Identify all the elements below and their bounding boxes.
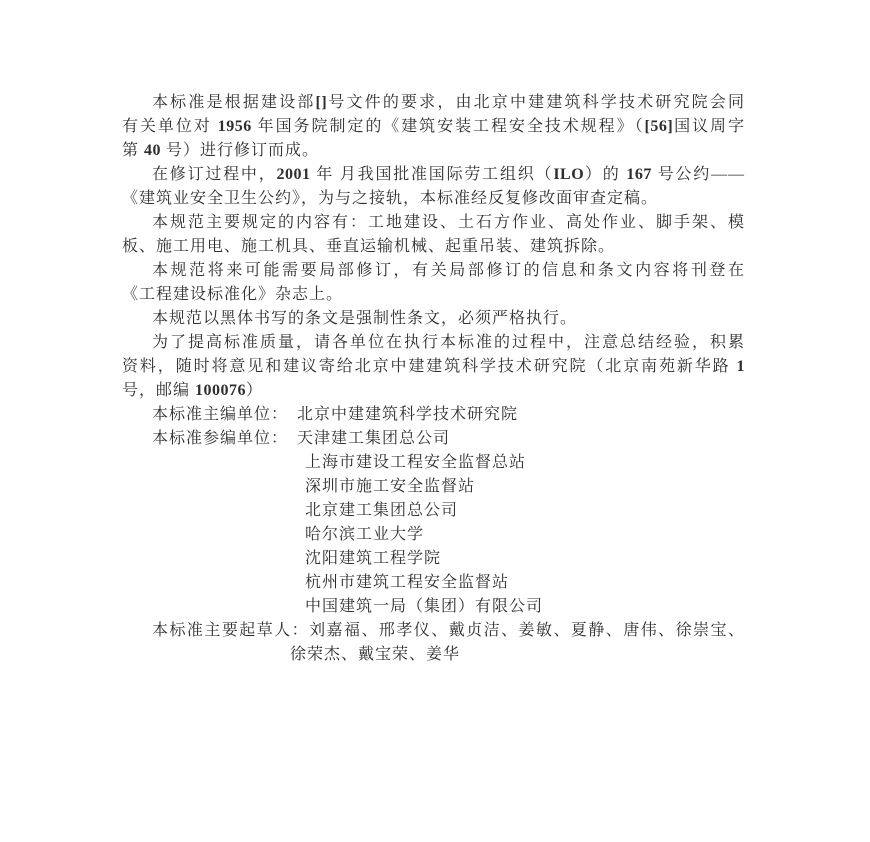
text-line: 上海市建设工程安全监督总站 (305, 451, 745, 475)
text-line: 板、施工用电、施工机具、垂直运输机械、起重吊装、建筑拆除。 (122, 235, 745, 259)
text-line: 第 40 号）进行修订而成。 (122, 139, 745, 163)
paragraph-3: 本规范主要规定的内容有：工地建设、土石方作业、高处作业、脚手架、模板、施工用电、… (122, 211, 745, 259)
latin-text: [56] (645, 118, 674, 135)
text-line: 本规范以黑体书写的条文是强制性条文，必须严格执行。 (122, 307, 745, 331)
text-line: 本标准主编单位： 北京中建建筑科学技术研究院 (122, 403, 745, 427)
text-line: 本标准是根据建设部[]号文件的要求，由北京中建建筑科学技术研究院会同 (122, 91, 745, 115)
latin-text: 1 (737, 358, 746, 375)
text-line: 杭州市建筑工程安全监督站 (305, 571, 745, 595)
text-line: 沈阳建筑工程学院 (305, 547, 745, 571)
paragraph-1: 本标准是根据建设部[]号文件的要求，由北京中建建筑科学技术研究院会同有关单位对 … (122, 91, 745, 163)
paragraph-5: 本规范以黑体书写的条文是强制性条文，必须严格执行。 (122, 307, 745, 331)
text-line: 徐荣杰、戴宝荣、姜华 (290, 643, 745, 667)
text-line: 本标准参编单位： 天津建工集团总公司 (122, 427, 745, 451)
text-line: 有关单位对 1956 年国务院制定的《建筑安装工程安全技术规程》（[56]国议周… (122, 115, 745, 139)
text-line: 本规范主要规定的内容有：工地建设、土石方作业、高处作业、脚手架、模 (122, 211, 745, 235)
paragraph-6: 为了提高标准质量，请各单位在执行本标准的过程中，注意总结经验，积累资料，随时将意… (122, 331, 745, 403)
paragraph-7: 本标准主编单位： 北京中建建筑科学技术研究院 (122, 403, 745, 427)
text-line: 本规范将来可能需要局部修订，有关局部修订的信息和条文内容将刊登在 (122, 259, 745, 283)
text-line: 资料，随时将意见和建议寄给北京中建建筑科学技术研究院（北京南苑新华路 1 (122, 355, 745, 379)
paragraph-9: 本标准主要起草人：刘嘉福、邢孝仪、戴贞洁、姜敏、夏静、唐伟、徐崇宝、徐荣杰、戴宝… (122, 619, 745, 667)
paragraph-8: 本标准参编单位： 天津建工集团总公司上海市建设工程安全监督总站深圳市施工安全监督… (122, 427, 745, 619)
text-line: 号，邮编 100076） (122, 379, 745, 403)
document-text-block: 本标准是根据建设部[]号文件的要求，由北京中建建筑科学技术研究院会同有关单位对 … (122, 91, 745, 667)
text-line: 北京建工集团总公司 (305, 499, 745, 523)
latin-text: 2001 (277, 166, 311, 183)
latin-text: ILO (553, 166, 584, 183)
text-line: 本标准主要起草人：刘嘉福、邢孝仪、戴贞洁、姜敏、夏静、唐伟、徐崇宝、 (122, 619, 745, 643)
paragraph-2: 在修订过程中，2001 年 月我国批准国际劳工组织（ILO）的 167 号公约—… (122, 163, 745, 211)
latin-text: [] (316, 94, 328, 111)
document-page: 本标准是根据建设部[]号文件的要求，由北京中建建筑科学技术研究院会同有关单位对 … (0, 0, 870, 842)
latin-text: 167 (626, 166, 652, 183)
text-line: 深圳市施工安全监督站 (305, 475, 745, 499)
paragraph-4: 本规范将来可能需要局部修订，有关局部修订的信息和条文内容将刊登在《工程建设标准化… (122, 259, 745, 307)
text-line: 《建筑业安全卫生公约》，为与之接轨，本标准经反复修改面审查定稿。 (122, 187, 745, 211)
text-line: 中国建筑一局（集团）有限公司 (305, 595, 745, 619)
latin-text: 1956 (218, 118, 252, 135)
latin-text: 100076 (195, 382, 246, 399)
text-line: 为了提高标准质量，请各单位在执行本标准的过程中，注意总结经验，积累 (122, 331, 745, 355)
latin-text: 40 (144, 142, 161, 159)
text-line: 哈尔滨工业大学 (305, 523, 745, 547)
text-line: 在修订过程中，2001 年 月我国批准国际劳工组织（ILO）的 167 号公约—… (122, 163, 745, 187)
text-line: 《工程建设标准化》杂志上。 (122, 283, 745, 307)
